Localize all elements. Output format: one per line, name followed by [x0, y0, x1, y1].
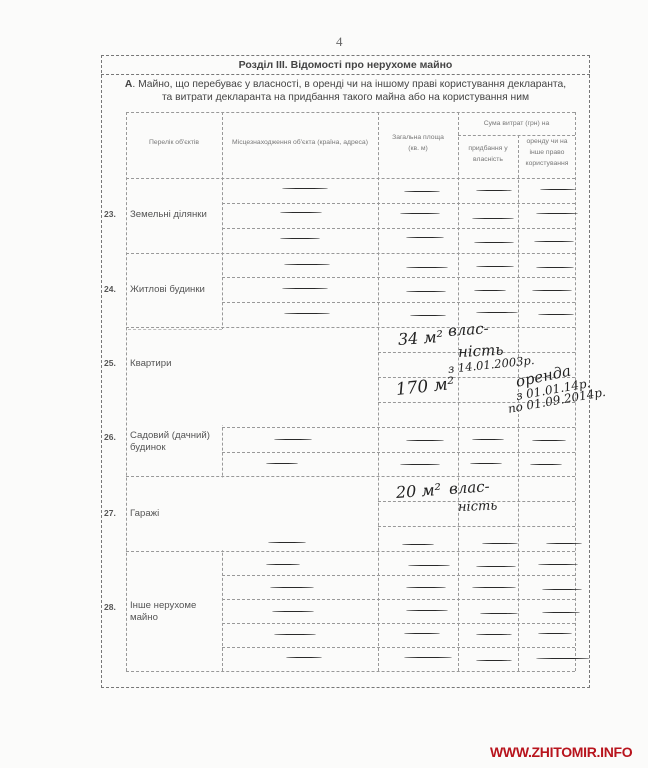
handwritten-dash [474, 290, 506, 291]
handwritten-dash [472, 218, 514, 219]
row-number: 28. [104, 602, 116, 612]
handwritten-dash [280, 238, 320, 239]
handwritten-dash [536, 658, 590, 659]
handwritten-dash [532, 440, 566, 441]
handwritten-dash [476, 190, 512, 191]
row-number: 25. [104, 358, 116, 368]
handwritten-dash [274, 439, 312, 440]
handwritten-dash [406, 587, 446, 588]
grid-line [222, 228, 575, 229]
handwritten-dash [476, 266, 514, 267]
grid-line [126, 112, 575, 113]
handwritten-dash [410, 315, 446, 316]
handwritten-dash [282, 288, 328, 289]
grid-line [222, 427, 575, 428]
handwritten-dash [404, 633, 440, 634]
handwritten-dash [472, 587, 516, 588]
header-expenses: Сума витрат (грн) на [458, 118, 575, 129]
handwritten-dash [268, 542, 306, 543]
handwritten-garage-area: 20 м² [395, 480, 441, 502]
handwritten-dash [476, 566, 516, 567]
handwritten-dash [474, 242, 514, 243]
grid-line [126, 112, 127, 671]
grid-line [222, 277, 575, 278]
handwritten-dash [406, 440, 444, 441]
handwritten-dash [400, 213, 440, 214]
site-watermark: WWW.ZHITOMIR.INFO [490, 744, 632, 760]
grid-line [222, 452, 575, 453]
grid-line [222, 302, 575, 303]
handwritten-dash [534, 241, 574, 242]
handwritten-apartment-status-1a: влас- [447, 319, 489, 340]
row-number: 26. [104, 432, 116, 442]
handwritten-dash [476, 660, 512, 661]
handwritten-dash [286, 657, 322, 658]
handwritten-dash [406, 610, 448, 611]
handwritten-dash [406, 267, 448, 268]
grid-line [126, 178, 575, 179]
row-label-garden-house: Садовий (дачний) будинок [130, 430, 216, 454]
header-objects: Перелік об'єктів [126, 137, 222, 148]
handwritten-dash [480, 613, 518, 614]
handwritten-dash [266, 463, 298, 464]
row-number: 24. [104, 284, 116, 294]
handwritten-dash [538, 314, 574, 315]
handwritten-dash [530, 464, 562, 465]
grid-line [126, 476, 575, 477]
handwritten-dash [536, 267, 574, 268]
row-label-garages: Гаражі [130, 508, 220, 520]
handwritten-dash [284, 313, 330, 314]
grid-line [378, 526, 575, 527]
handwritten-dash [280, 212, 322, 213]
handwritten-dash [274, 634, 316, 635]
grid-line [126, 253, 575, 254]
header-area: Загальна площа (кв. м) [388, 132, 448, 154]
handwritten-dash [538, 564, 578, 565]
section-subtitle: А. Майно, що перебуває у власності, в ор… [101, 78, 590, 104]
handwritten-dash [540, 189, 576, 190]
handwritten-dash [482, 543, 518, 544]
handwritten-dash [538, 633, 572, 634]
handwritten-dash [404, 657, 452, 658]
handwritten-garage-status-b: ність [458, 499, 498, 515]
handwritten-dash [282, 188, 328, 189]
handwritten-dash [470, 463, 502, 464]
handwritten-dash [404, 191, 440, 192]
header-rent: оренду чи на інше право користування [519, 136, 575, 169]
redaction [128, 329, 222, 330]
page-number: 4 [336, 34, 343, 50]
handwritten-dash [532, 290, 572, 291]
subtitle-line2: та витрати декларанта на придбання таког… [162, 92, 529, 103]
row-label-apartments: Квартири [130, 358, 220, 370]
subtitle-line1: . Майно, що перебуває у власності, в оре… [132, 79, 566, 90]
handwritten-dash [476, 312, 518, 313]
grid-line [126, 551, 575, 552]
grid-line [126, 671, 575, 672]
handwritten-apartment-area-1: 34 м² [397, 327, 443, 349]
grid-line [222, 647, 575, 648]
row-label-houses: Житлові будинки [130, 284, 220, 296]
handwritten-dash [400, 464, 440, 465]
handwritten-dash [546, 543, 582, 544]
handwritten-dash [272, 611, 314, 612]
handwritten-dash [284, 264, 330, 265]
handwritten-dash [270, 587, 314, 588]
handwritten-dash [402, 544, 434, 545]
redaction [128, 329, 377, 425]
handwritten-dash [266, 564, 300, 565]
handwritten-dash [542, 612, 580, 613]
handwritten-dash [476, 634, 512, 635]
row-label-land: Земельні ділянки [130, 209, 220, 221]
handwritten-dash [536, 213, 578, 214]
handwritten-dash [406, 237, 444, 238]
grid-line [222, 599, 575, 600]
handwritten-garage-status-a: влас- [448, 477, 490, 498]
handwritten-dash [406, 291, 446, 292]
header-location: Місцезнаходження об'єкта (країна, адреса… [222, 137, 378, 148]
handwritten-dash [542, 589, 582, 590]
grid-line [222, 203, 575, 204]
header-purchase: придбання у власність [468, 143, 508, 165]
grid-line [222, 575, 575, 576]
grid-line [126, 327, 575, 328]
section-title: Розділ III. Відомості про нерухоме майно [101, 55, 590, 75]
handwritten-dash [408, 565, 450, 566]
grid-line [378, 112, 379, 671]
row-number: 27. [104, 508, 116, 518]
handwritten-dash [472, 439, 504, 440]
grid-line [222, 623, 575, 624]
grid-line [458, 112, 459, 671]
row-label-other: Інше нерухоме майно [130, 600, 216, 624]
row-number: 23. [104, 209, 116, 219]
